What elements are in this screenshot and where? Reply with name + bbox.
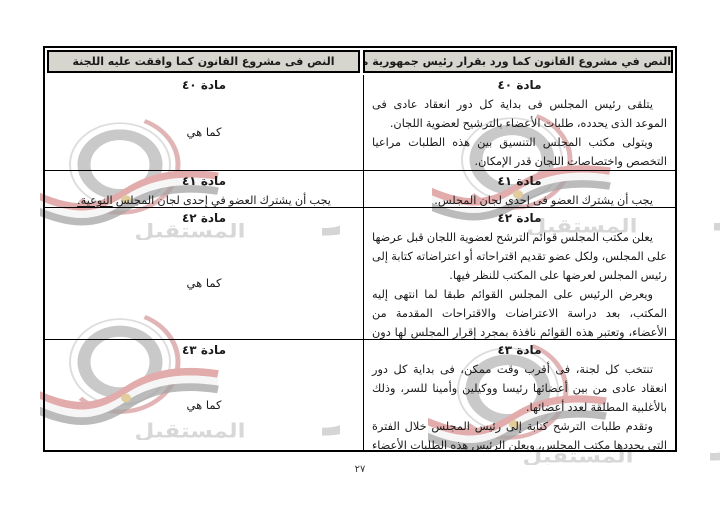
article-title: مادة ٤١ bbox=[372, 172, 667, 191]
amended-underlined-word: النوعية. bbox=[77, 194, 113, 207]
article-41-committee-cell: مادة ٤١ يجب أن يشترك العضو في إحدى لجان … bbox=[45, 171, 363, 207]
header-committee-text-column: النص فى مشروع القانون كما وافقت عليه الل… bbox=[47, 50, 360, 73]
header-decree-text-column: النص في مشروع القانون كما ورد بقرار رئيس… bbox=[363, 50, 673, 73]
article-41-decree-cell: مادة ٤١ يجب أن يشترك العضو فى إحدى لجان … bbox=[363, 171, 675, 207]
table-header-row: النص في مشروع القانون كما ورد بقرار رئيس… bbox=[45, 48, 675, 75]
article-41-row: مادة ٤١ يجب أن يشترك العضو فى إحدى لجان … bbox=[45, 170, 675, 207]
article-title: مادة ٤٢ bbox=[53, 209, 355, 228]
article-paragraph: يتلقى رئيس المجلس فى بداية كل دور انعقاد… bbox=[372, 95, 667, 133]
law-comparison-table: النص في مشروع القانون كما ورد بقرار رئيس… bbox=[43, 46, 677, 452]
as-is-text: كما هي bbox=[53, 228, 355, 339]
amended-text: يجب أن يشترك العضو في إحدى لجان المجلس bbox=[113, 194, 331, 207]
article-title: مادة ٤٢ bbox=[372, 209, 667, 228]
article-paragraph: تنتخب كل لجنة، فى أقرب وقت ممكن، فى بداي… bbox=[372, 360, 667, 417]
article-43-decree-cell: مادة ٤٣ تنتخب كل لجنة، فى أقرب وقت ممكن،… bbox=[363, 340, 675, 450]
as-is-text: كما هي bbox=[53, 95, 355, 170]
page-number: ٢٧ bbox=[0, 464, 720, 475]
article-title: مادة ٤٠ bbox=[53, 76, 355, 95]
article-paragraph: وتقدم طلبات الترشح كتابة إلى رئيس المجلس… bbox=[372, 417, 667, 450]
as-is-text: كما هي bbox=[53, 360, 355, 450]
article-43-row: مادة ٤٣ تنتخب كل لجنة، فى أقرب وقت ممكن،… bbox=[45, 339, 675, 450]
article-43-committee-cell: مادة ٤٣ كما هي bbox=[45, 340, 363, 450]
article-40-decree-cell: مادة ٤٠ يتلقى رئيس المجلس فى بداية كل دو… bbox=[363, 75, 675, 170]
article-42-decree-cell: مادة ٤٢ يعلن مكتب المجلس قوائم الترشح لع… bbox=[363, 208, 675, 339]
article-42-row: مادة ٤٢ يعلن مكتب المجلس قوائم الترشح لع… bbox=[45, 207, 675, 339]
article-title: مادة ٤٣ bbox=[53, 341, 355, 360]
article-paragraph: يعلن مكتب المجلس قوائم الترشح لعضوية الل… bbox=[372, 228, 667, 285]
article-paragraph: ويعرض الرئيس على المجلس القوائم طبقا لما… bbox=[372, 285, 667, 339]
article-paragraph: ويتولى مكتب المجلس التنسيق بين هذه الطلب… bbox=[372, 133, 667, 170]
article-title: مادة ٤٠ bbox=[372, 76, 667, 95]
article-title: مادة ٤١ bbox=[53, 172, 355, 191]
article-paragraph: يجب أن يشترك العضو في إحدى لجان المجلس ا… bbox=[53, 191, 355, 207]
article-40-row: مادة ٤٠ يتلقى رئيس المجلس فى بداية كل دو… bbox=[45, 75, 675, 170]
document-page: تحيا مصر المستقبل النص في مشروع القانون … bbox=[0, 0, 720, 509]
article-paragraph: يجب أن يشترك العضو فى إحدى لجان المجلس. bbox=[372, 191, 667, 207]
article-title: مادة ٤٣ bbox=[372, 341, 667, 360]
article-42-committee-cell: مادة ٤٢ كما هي bbox=[45, 208, 363, 339]
article-40-committee-cell: مادة ٤٠ كما هي bbox=[45, 75, 363, 170]
